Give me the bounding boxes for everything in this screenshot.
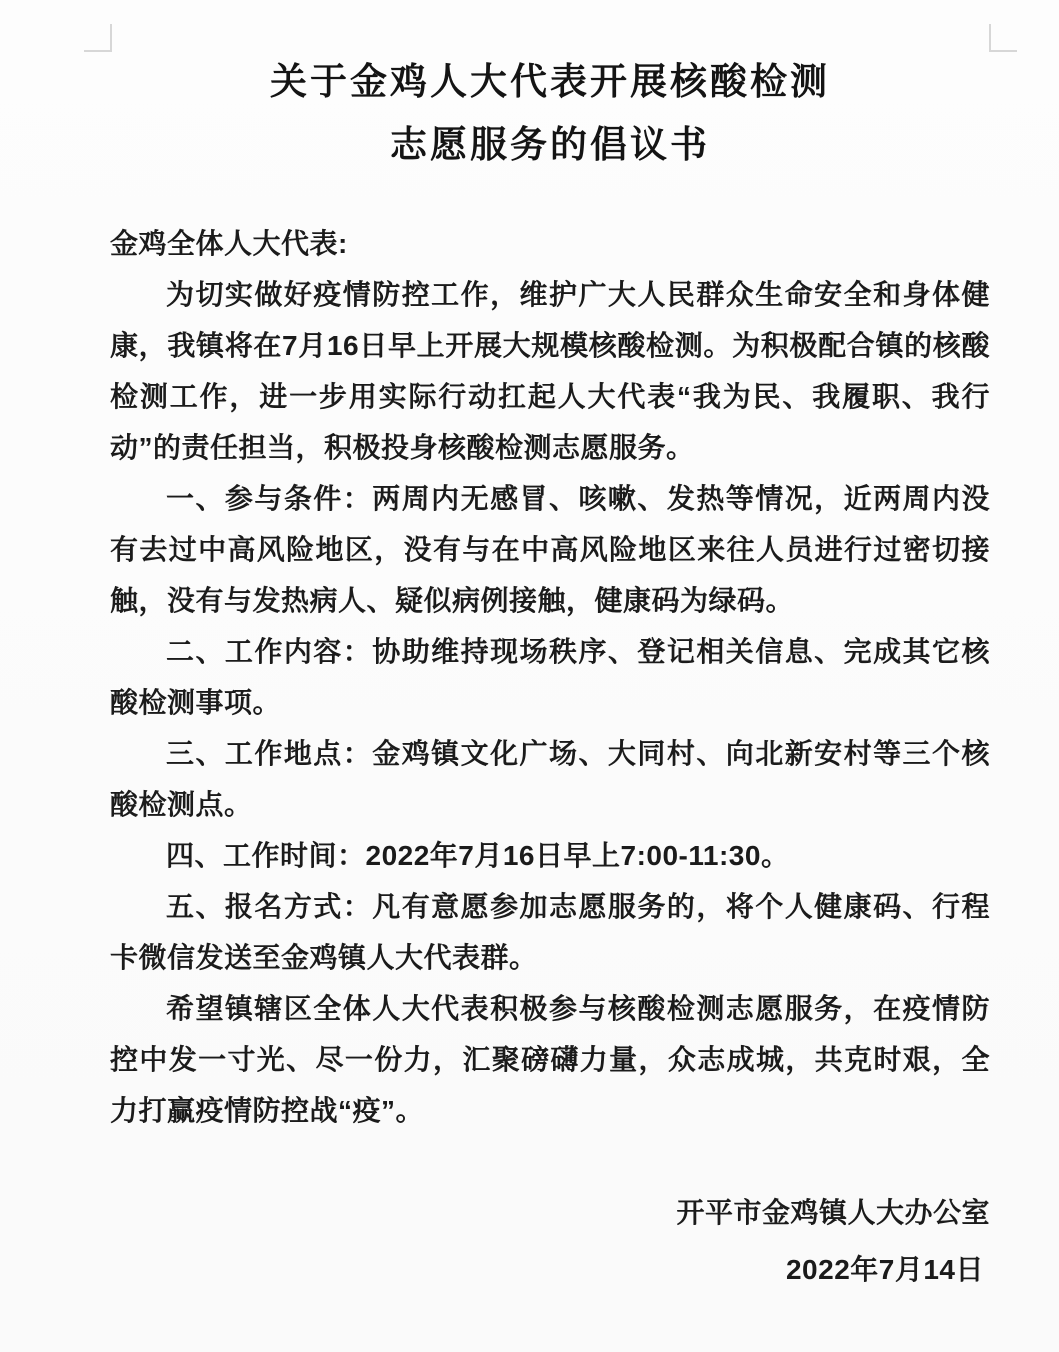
document-title-line-2: 志愿服务的倡议书	[110, 113, 990, 176]
paragraph-closing: 希望镇辖区全体人大代表积极参与核酸检测志愿服务，在疫情防控中发一寸光、尽一份力，…	[110, 983, 990, 1136]
signature-date: 2022年7月14日	[110, 1241, 990, 1298]
signature-organization: 开平市金鸡镇人大办公室	[110, 1184, 990, 1241]
document-title-line-1: 关于金鸡人大代表开展核酸检测	[110, 50, 990, 113]
salutation: 金鸡全体人大代表:	[110, 218, 990, 269]
paragraph-intro: 为切实做好疫情防控工作，维护广大人民群众生命安全和身体健康，我镇将在7月16日早…	[110, 269, 990, 473]
paragraph-item-5-signup: 五、报名方式：凡有意愿参加志愿服务的，将个人健康码、行程卡微信发送至金鸡镇人大代…	[110, 881, 990, 983]
document-page: 关于金鸡人大代表开展核酸检测 志愿服务的倡议书 金鸡全体人大代表: 为切实做好疫…	[0, 0, 1059, 1352]
document-content: 关于金鸡人大代表开展核酸检测 志愿服务的倡议书 金鸡全体人大代表: 为切实做好疫…	[110, 0, 990, 1298]
signature-block: 开平市金鸡镇人大办公室 2022年7月14日	[110, 1184, 990, 1298]
document-title: 关于金鸡人大代表开展核酸检测 志愿服务的倡议书	[110, 0, 990, 176]
paragraph-item-4-work-time: 四、工作时间：2022年7月16日早上7:00-11:30。	[110, 830, 990, 881]
document-body: 为切实做好疫情防控工作，维护广大人民群众生命安全和身体健康，我镇将在7月16日早…	[110, 269, 990, 1136]
page-corner-mark-right-icon	[989, 24, 1017, 52]
paragraph-item-3-work-location: 三、工作地点：金鸡镇文化广场、大同村、向北新安村等三个核酸检测点。	[110, 728, 990, 830]
page-corner-mark-left-icon	[84, 24, 112, 52]
paragraph-item-1-conditions: 一、参与条件：两周内无感冒、咳嗽、发热等情况，近两周内没有去过中高风险地区，没有…	[110, 473, 990, 626]
paragraph-item-2-work-content: 二、工作内容：协助维持现场秩序、登记相关信息、完成其它核酸检测事项。	[110, 626, 990, 728]
